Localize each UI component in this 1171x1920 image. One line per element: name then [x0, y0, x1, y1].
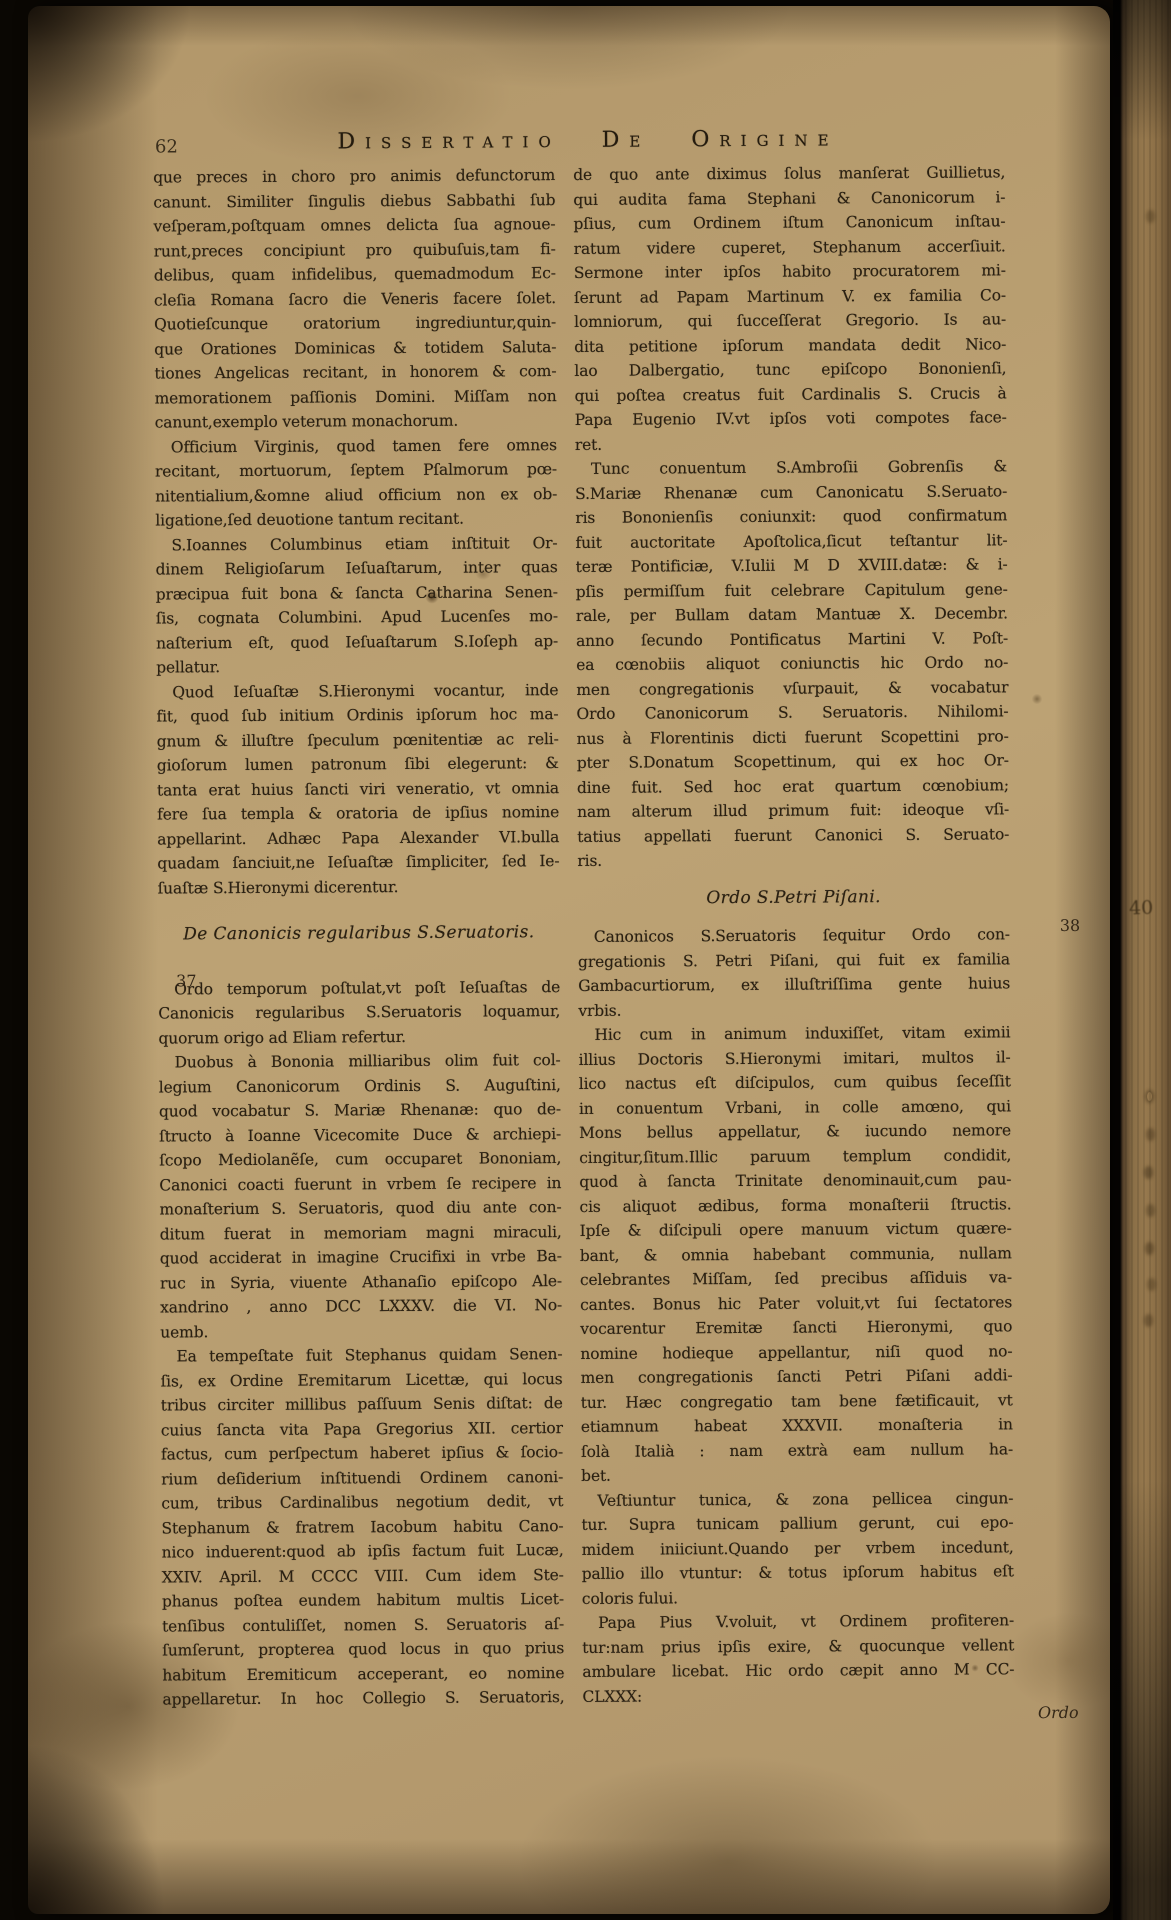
text-line: dine fuit. Sed hoc erat quartum cœnobium… — [577, 773, 1009, 800]
text-line: cuius ſancta vita Papa Gregorius XII. ce… — [161, 1416, 563, 1443]
text-line: ſumſerunt, propterea quod locus in quo p… — [162, 1636, 564, 1663]
text-line: pſis permiſſum fuit celebrare Capitulum … — [576, 577, 1008, 604]
text-line: Quod Ieſuaſtæ S.Hieronymi vocantur, inde — [156, 678, 558, 705]
edge-ink-smudges — [1147, 1092, 1152, 1101]
text-line: tur:nam prius ipſis exire, & quocunque v… — [582, 1633, 1014, 1660]
text-line: celebrantes Miſſam, ſed precibus aſſidui… — [580, 1265, 1012, 1292]
text-line: Hic cum in animum induxiſſet, vitam exim… — [578, 1020, 1010, 1047]
text-line: dinem Religioſarum Ieſuaſtarum, inter qu… — [156, 555, 558, 582]
text-line: ris Bononienſis coniunxit: quod confirma… — [575, 503, 1007, 530]
paragraph: Duobus à Bononia milliaribus olim fuit c… — [159, 1048, 563, 1344]
page-content: 62 Dissertatio De Origine que preces in … — [22, 3, 1116, 1918]
text-line: nam alterum illud primum fuit: ideoque v… — [577, 797, 1009, 824]
text-line: nomine hodieque appellantur, niſi quod n… — [580, 1339, 1012, 1366]
text-line: Ordo Canonicorum S. Seruatoris. Nihilomi… — [576, 699, 1008, 726]
book-fore-edge: 40 — [1113, 0, 1171, 1920]
paragraph: de quo ante diximus ſolus manſerat Guill… — [573, 160, 1007, 457]
text-line: ſcopo Mediolanẽſe, cum occuparet Bononia… — [159, 1146, 561, 1173]
text-line: ſis, ex Ordine Eremitarum Licettæ, qui l… — [160, 1367, 562, 1394]
text-line: dita petitione ipſorum mandata dedit Nic… — [574, 332, 1006, 359]
text-line: nitentialium,&omne aliud officium non ex… — [155, 482, 557, 509]
text-line: quod acciderat in imagine Crucifixi in v… — [160, 1244, 562, 1271]
text-line: canunt,exemplo veterum monachorum. — [155, 408, 557, 435]
text-line: midem iniiciunt.Quando per vrbem incedun… — [582, 1535, 1014, 1562]
text-line: Duobus à Bononia milliaribus olim fuit c… — [159, 1048, 561, 1075]
text-line: qui poſtea creatus fuit Cardinalis S. Cr… — [574, 381, 1006, 408]
column-right: de quo ante diximus ſolus manſerat Guill… — [573, 160, 1014, 1709]
margin-note-38: 38 — [1060, 916, 1080, 935]
text-line: vrbis. — [578, 996, 1010, 1023]
column-left: que preces in choro pro animis defunctor… — [153, 163, 564, 1712]
text-line: nus à Florentinis dicti fuerunt Scopetti… — [577, 724, 1009, 751]
text-line: tatius appellati fuerunt Canonici S. Ser… — [577, 822, 1009, 849]
text-line: pellatur. — [156, 653, 558, 680]
text-line: gnum & illuſtre ſpeculum pœnitentiæ ac r… — [157, 727, 559, 754]
text-line: xandrino , anno DCC LXXXV. die VI. No- — [160, 1293, 562, 1320]
text-line: que preces in choro pro animis defunctor… — [153, 163, 555, 190]
paragraph: Quod Ieſuaſtæ S.Hieronymi vocantur, inde… — [156, 678, 559, 901]
text-line: gregationis S. Petri Piſani, qui fuit ex… — [578, 947, 1010, 974]
text-line: ris. — [577, 846, 1009, 873]
text-line: lomniorum, qui ſucceſſerat Gregorio. Is … — [574, 307, 1006, 334]
text-line: lico nactus eſt diſcipulos, cum quibus ſ… — [579, 1069, 1011, 1096]
text-line: tanta erat huius ſancti viri veneratio, … — [157, 776, 559, 803]
text-line: tur. Hæc congregatio tam bene fætificaui… — [581, 1388, 1013, 1415]
text-line: ruc in Syria, viuente Athanaſio epiſcopo… — [160, 1269, 562, 1296]
scanned-book-spread: 62 Dissertatio De Origine que preces in … — [0, 0, 1171, 1920]
text-line: factus, cum perſpectum haberet ipſius & … — [161, 1440, 563, 1467]
text-line: etiamnum habeat XXXVII. monaſteria in — [581, 1412, 1013, 1439]
text-line: rium deſiderium inſtituendi Ordinem cano… — [161, 1465, 563, 1492]
text-line: ratum videre cuperet, Stephanum accerſiu… — [574, 234, 1006, 261]
text-line: tenſibus contuliſſet, nomen S. Seruatori… — [162, 1612, 564, 1639]
text-line: bant, & omnia habebant communia, nullam — [580, 1241, 1012, 1268]
text-line: appellarint. Adhæc Papa Alexander VI.bul… — [157, 825, 559, 852]
text-line: coloris fului. — [582, 1584, 1014, 1611]
text-line: Sermone inter ipſos habito procuratorem … — [574, 258, 1006, 285]
text-line: Veſtiuntur tunica, & zona pellicea cingu… — [581, 1486, 1013, 1513]
text-line: Stephanum & fratrem Iacobum habitu Cano- — [161, 1514, 563, 1541]
text-line: anno ſecundo Pontificatus Martini V. Poſ… — [576, 626, 1008, 653]
text-line: pter S.Donatum Scopettinum, qui ex hoc O… — [577, 748, 1009, 775]
text-line: bet. — [581, 1461, 1013, 1488]
text-line: tribus circiter millibus paſſuum Senis d… — [161, 1391, 563, 1418]
text-line: Mons bellus appellatur, & iucundo nemore — [579, 1118, 1011, 1145]
running-title: Dissertatio De Origine — [173, 125, 1003, 155]
text-line: ſuaſtæ S.Hieronymi dicerentur. — [157, 874, 559, 901]
paragraph: que preces in choro pro animis defunctor… — [153, 163, 557, 435]
text-columns: que preces in choro pro animis defunctor… — [153, 160, 1014, 1712]
text-line: ſtructo à Ioanne Vicecomite Duce & archi… — [159, 1122, 561, 1149]
text-line: Canonicos S.Seruatoris ſequitur Ordo con… — [578, 922, 1010, 949]
text-line: ret. — [575, 430, 1007, 457]
text-line: Quotieſcunque oratorium ingrediuntur,qui… — [154, 310, 556, 337]
text-line: nico induerent:quod ab ipſis factum fuit… — [162, 1538, 564, 1565]
text-line: ligatione,ſed deuotione tantum recitant. — [155, 506, 557, 533]
margin-note-37: 37 — [176, 971, 196, 990]
paragraph: Ordo temporum poſtulat,vt poſt Ieſuaſtas… — [158, 975, 560, 1051]
text-line: ditum fuerat in memoriam magni miraculi, — [160, 1220, 562, 1247]
text-line: men congregationis ſancti Petri Piſani a… — [580, 1363, 1012, 1390]
text-line: cum, tribus Cardinalibus negotium dedit,… — [161, 1489, 563, 1516]
paragraph: Veſtiuntur tunica, & zona pellicea cingu… — [581, 1486, 1014, 1611]
text-line: ſis, cognata Columbini. Apud Lucenſes mo… — [156, 604, 558, 631]
text-line: appellaretur. In hoc Collegio S. Seruato… — [162, 1685, 564, 1712]
text-line: Ordo temporum poſtulat,vt poſt Ieſuaſtas… — [158, 975, 560, 1002]
text-line: XXIV. April. M CCCC VIII. Cum idem Ste- — [162, 1563, 564, 1590]
text-line: tur. Supra tunicam pallium gerunt, cui e… — [581, 1510, 1013, 1537]
text-line: pſius, cum Ordinem iſtum Canonicum inſta… — [573, 209, 1005, 236]
text-line: Ipſe & diſcipuli opere manuum victum quæ… — [580, 1216, 1012, 1243]
text-line: phanus poſtea eundem habitum multis Lice… — [162, 1587, 564, 1614]
text-line: CLXXX: — [582, 1682, 1014, 1709]
text-line: legium Canonicorum Ordinis S. Auguſtini, — [159, 1073, 561, 1100]
text-line: veſperam,poſtquam omnes delicta ſua agno… — [153, 212, 555, 239]
text-line: Papa Pius V.voluit, vt Ordinem profitere… — [582, 1608, 1014, 1635]
text-line: vocarentur Eremitæ ſancti Hieronymi, quo — [580, 1314, 1012, 1341]
text-line: quorum origo ad Eliam refertur. — [158, 1024, 560, 1051]
text-line: habitum Eremiticum acceperant, eo nomine — [162, 1661, 564, 1688]
section-heading: De Canonicis regularibus S.Seruatoris. — [158, 920, 560, 947]
text-line: quod vocabatur S. Mariæ Rhenanæ: quo de- — [159, 1097, 561, 1124]
text-line: tiones Angelicas recitant, in honorem & … — [154, 359, 556, 386]
text-line: Ea tempeſtate fuit Stephanus quidam Sene… — [160, 1342, 562, 1369]
section-heading: Ordo S.Petri Piſani. — [578, 884, 1010, 911]
text-line: men congregationis vſurpauit, & vocabatu… — [576, 675, 1008, 702]
text-line: canunt. Similiter ſingulis diebus Sabbat… — [153, 188, 555, 215]
edge-page-number: 40 — [1129, 897, 1154, 920]
text-line: cantes. Bonus hic Pater voluit,vt ſui ſe… — [580, 1290, 1012, 1317]
paragraph: Hic cum in animum induxiſſet, vitam exim… — [578, 1020, 1013, 1488]
text-line: lao Dalbergatio, tunc epiſcopo Bononienſ… — [574, 356, 1006, 383]
paragraph: Ea tempeſtate fuit Stephanus quidam Sene… — [160, 1342, 564, 1712]
text-line: recitant, mortuorum, ſeptem Pſalmorum pœ… — [155, 457, 557, 484]
catchword: Ordo — [1021, 1703, 1079, 1722]
text-line: naſterium eſt, quod Ieſuaſtarum S.Ioſeph… — [156, 629, 558, 656]
text-line: pallio illo vtuntur: & totus ipſorum hab… — [582, 1559, 1014, 1586]
text-line: memorationem paſſionis Domini. Miſſam no… — [154, 384, 556, 411]
paragraph: Canonicos S.Seruatoris ſequitur Ordo con… — [578, 922, 1011, 1023]
text-line: S.Ioannes Columbinus etiam inſtituit Or- — [155, 531, 557, 558]
text-line: quadam ſanciuit,ne Ieſuaſtæ ſimpliciter,… — [157, 849, 559, 876]
text-line: uemb. — [160, 1318, 562, 1345]
text-line: fit, quod ſub initium Ordinis ipſorum ho… — [156, 702, 558, 729]
paragraph: Officium Virginis, quod tamen fere omnes… — [155, 433, 558, 533]
text-line: runt,preces concipiunt pro quibuſuis,tam… — [154, 237, 556, 264]
paragraph: Tunc conuentum S.Ambroſii Gobrenſis &S.M… — [575, 454, 1010, 873]
text-line: Canonici coacti fuerunt in vrbem ſe reci… — [159, 1171, 561, 1198]
text-line: cingitur,ſitum.Illic paruum templum cond… — [579, 1143, 1011, 1170]
text-line: Gambacurtiorum, ex illuſtriſſima gente h… — [578, 971, 1010, 998]
text-line: qui audita fama Stephani & Canonicorum i… — [573, 185, 1005, 212]
text-line: Officium Virginis, quod tamen fere omnes — [155, 433, 557, 460]
text-line: que Orationes Dominicas & totidem Saluta… — [154, 335, 556, 362]
text-line: gioſorum lumen patronum ſibi elegerunt: … — [157, 751, 559, 778]
text-line: in conuentum Vrbani, in colle amœno, qui — [579, 1094, 1011, 1121]
text-line: ambulare licebat. Hic ordo cæpit anno M … — [582, 1657, 1014, 1684]
text-line: rale, per Bullam datam Mantuæ X. Decembr… — [576, 601, 1008, 628]
text-line: fere ſua templa & oratoria de ipſius nom… — [157, 800, 559, 827]
text-line: S.Mariæ Rhenanæ cum Canonicatu S.Seruato… — [575, 479, 1007, 506]
paragraph: Papa Pius V.voluit, vt Ordinem profitere… — [582, 1608, 1015, 1709]
text-line: Tunc conuentum S.Ambroſii Gobrenſis & — [575, 454, 1007, 481]
book-page: 62 Dissertatio De Origine que preces in … — [28, 6, 1110, 1914]
text-line: ſolà Italià : nam extrà eam nullum ha- — [581, 1437, 1013, 1464]
text-line: teræ Pontificiæ, V.Iulii M D XVIII.datæ:… — [576, 552, 1008, 579]
text-line: illius Doctoris S.Hieronymi imitari, mul… — [579, 1045, 1011, 1072]
text-line: Canonicis regularibus S.Seruatoris loqua… — [158, 999, 560, 1026]
text-line: ſerunt ad Papam Martinum V. ex familia C… — [574, 283, 1006, 310]
text-line: delibus, quam infidelibus, quemadmodum E… — [154, 261, 556, 288]
text-line: cis aliquot ædibus, forma monaſterii ſtr… — [579, 1192, 1011, 1219]
text-line: Papa Eugenio IV.vt ipſos voti compotes f… — [575, 405, 1007, 432]
text-line: quod à ſancta Trinitate denominauit,cum … — [579, 1167, 1011, 1194]
text-line: fuit auctoritate Apoſtolica,ſicut teſtan… — [575, 528, 1007, 555]
text-line: monaſterium S. Seruatoris, quod diu ante… — [159, 1195, 561, 1222]
text-line: ea cœnobiis aliquot coniunctis hic Ordo … — [576, 650, 1008, 677]
text-line: præcipua fuit bona & ſancta Catharina Se… — [156, 580, 558, 607]
paragraph: S.Ioannes Columbinus etiam inſtituit Or-… — [155, 531, 558, 680]
text-line: cleſia Romana ſacro die Veneris facere ſ… — [154, 286, 556, 313]
text-line: de quo ante diximus ſolus manſerat Guill… — [573, 160, 1005, 187]
